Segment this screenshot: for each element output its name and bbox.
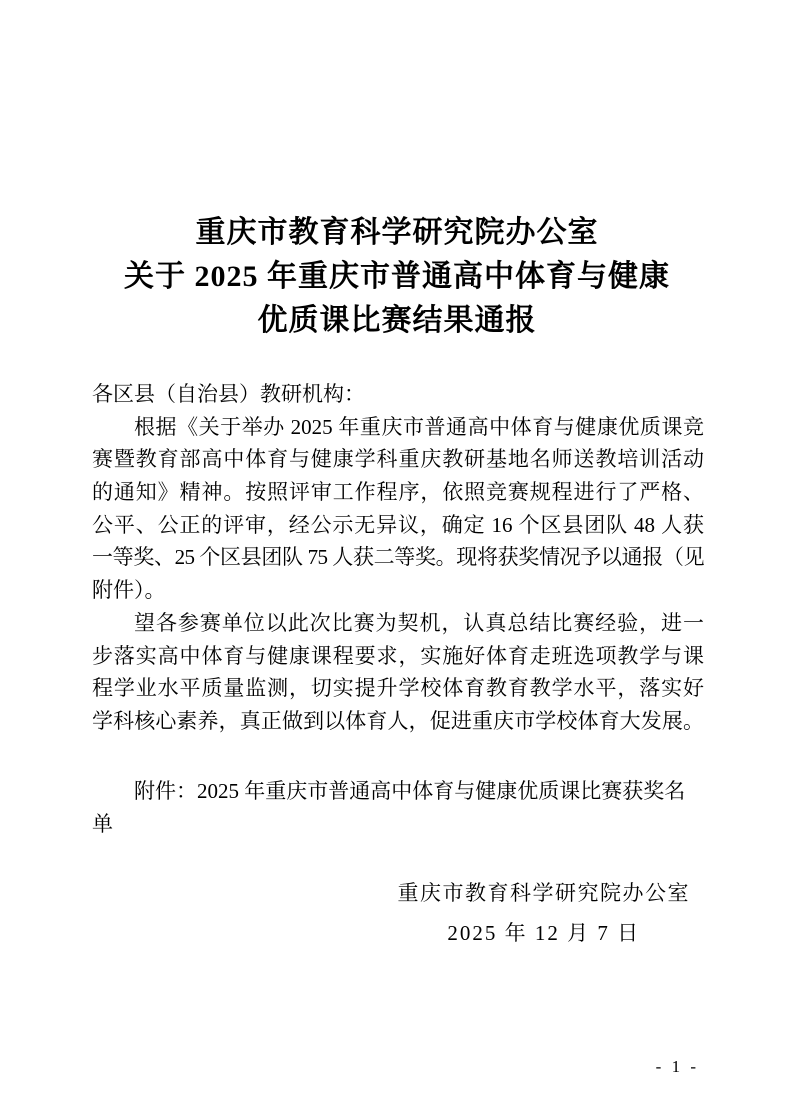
body-line: 附件）。 bbox=[92, 574, 704, 607]
attachment-reference: 附件：2025 年重庆市普通高中体育与健康优质课比赛获奖名单 bbox=[92, 775, 704, 840]
issuing-office: 重庆市教育科学研究院办公室 bbox=[398, 882, 691, 904]
document-page: 重庆市教育科学研究院办公室 关于 2025 年重庆市普通高中体育与健康 优质课比… bbox=[0, 0, 794, 1108]
body-line: 赛暨教育部高中体育与健康学科重庆教研基地名师送教培训活动 bbox=[92, 443, 704, 476]
title-line-1: 重庆市教育科学研究院办公室 bbox=[0, 211, 794, 255]
body-line: 程学业水平质量监测，切实提升学校体育教育教学水平，落实好 bbox=[92, 672, 704, 705]
body-line: 的通知》精神。按照评审工作程序，依照竞赛规程进行了严格、 bbox=[92, 476, 704, 509]
title-line-3: 优质课比赛结果通报 bbox=[0, 299, 794, 343]
salutation-line: 各区县（自治县）教研机构： bbox=[92, 378, 704, 411]
body-line: 望各参赛单位以此次比赛为契机，认真总结比赛经验，进一 bbox=[92, 607, 704, 640]
title-line-2: 关于 2025 年重庆市普通高中体育与健康 bbox=[0, 255, 794, 299]
body-line: 根据《关于举办 2025 年重庆市普通高中体育与健康优质课竞 bbox=[92, 411, 704, 444]
body-line: 步落实高中体育与健康课程要求，实施好体育走班选项教学与课 bbox=[92, 640, 704, 673]
signature-block: 重庆市教育科学研究院办公室 2025 年 12 月 7 日 bbox=[398, 882, 691, 944]
document-title: 重庆市教育科学研究院办公室 关于 2025 年重庆市普通高中体育与健康 优质课比… bbox=[0, 211, 794, 343]
document-body: 各区县（自治县）教研机构： 根据《关于举办 2025 年重庆市普通高中体育与健康… bbox=[92, 378, 704, 738]
page-number: - 1 - bbox=[656, 1057, 699, 1077]
body-line: 学科核心素养，真正做到以体育人，促进重庆市学校体育大发展。 bbox=[92, 705, 704, 738]
issue-date: 2025 年 12 月 7 日 bbox=[398, 922, 691, 944]
body-line: 公平、公正的评审，经公示无异议，确定 16 个区县团队 48 人获 bbox=[92, 509, 704, 542]
body-line: 一等奖、25 个区县团队 75 人获二等奖。现将获奖情况予以通报（见 bbox=[92, 541, 704, 574]
